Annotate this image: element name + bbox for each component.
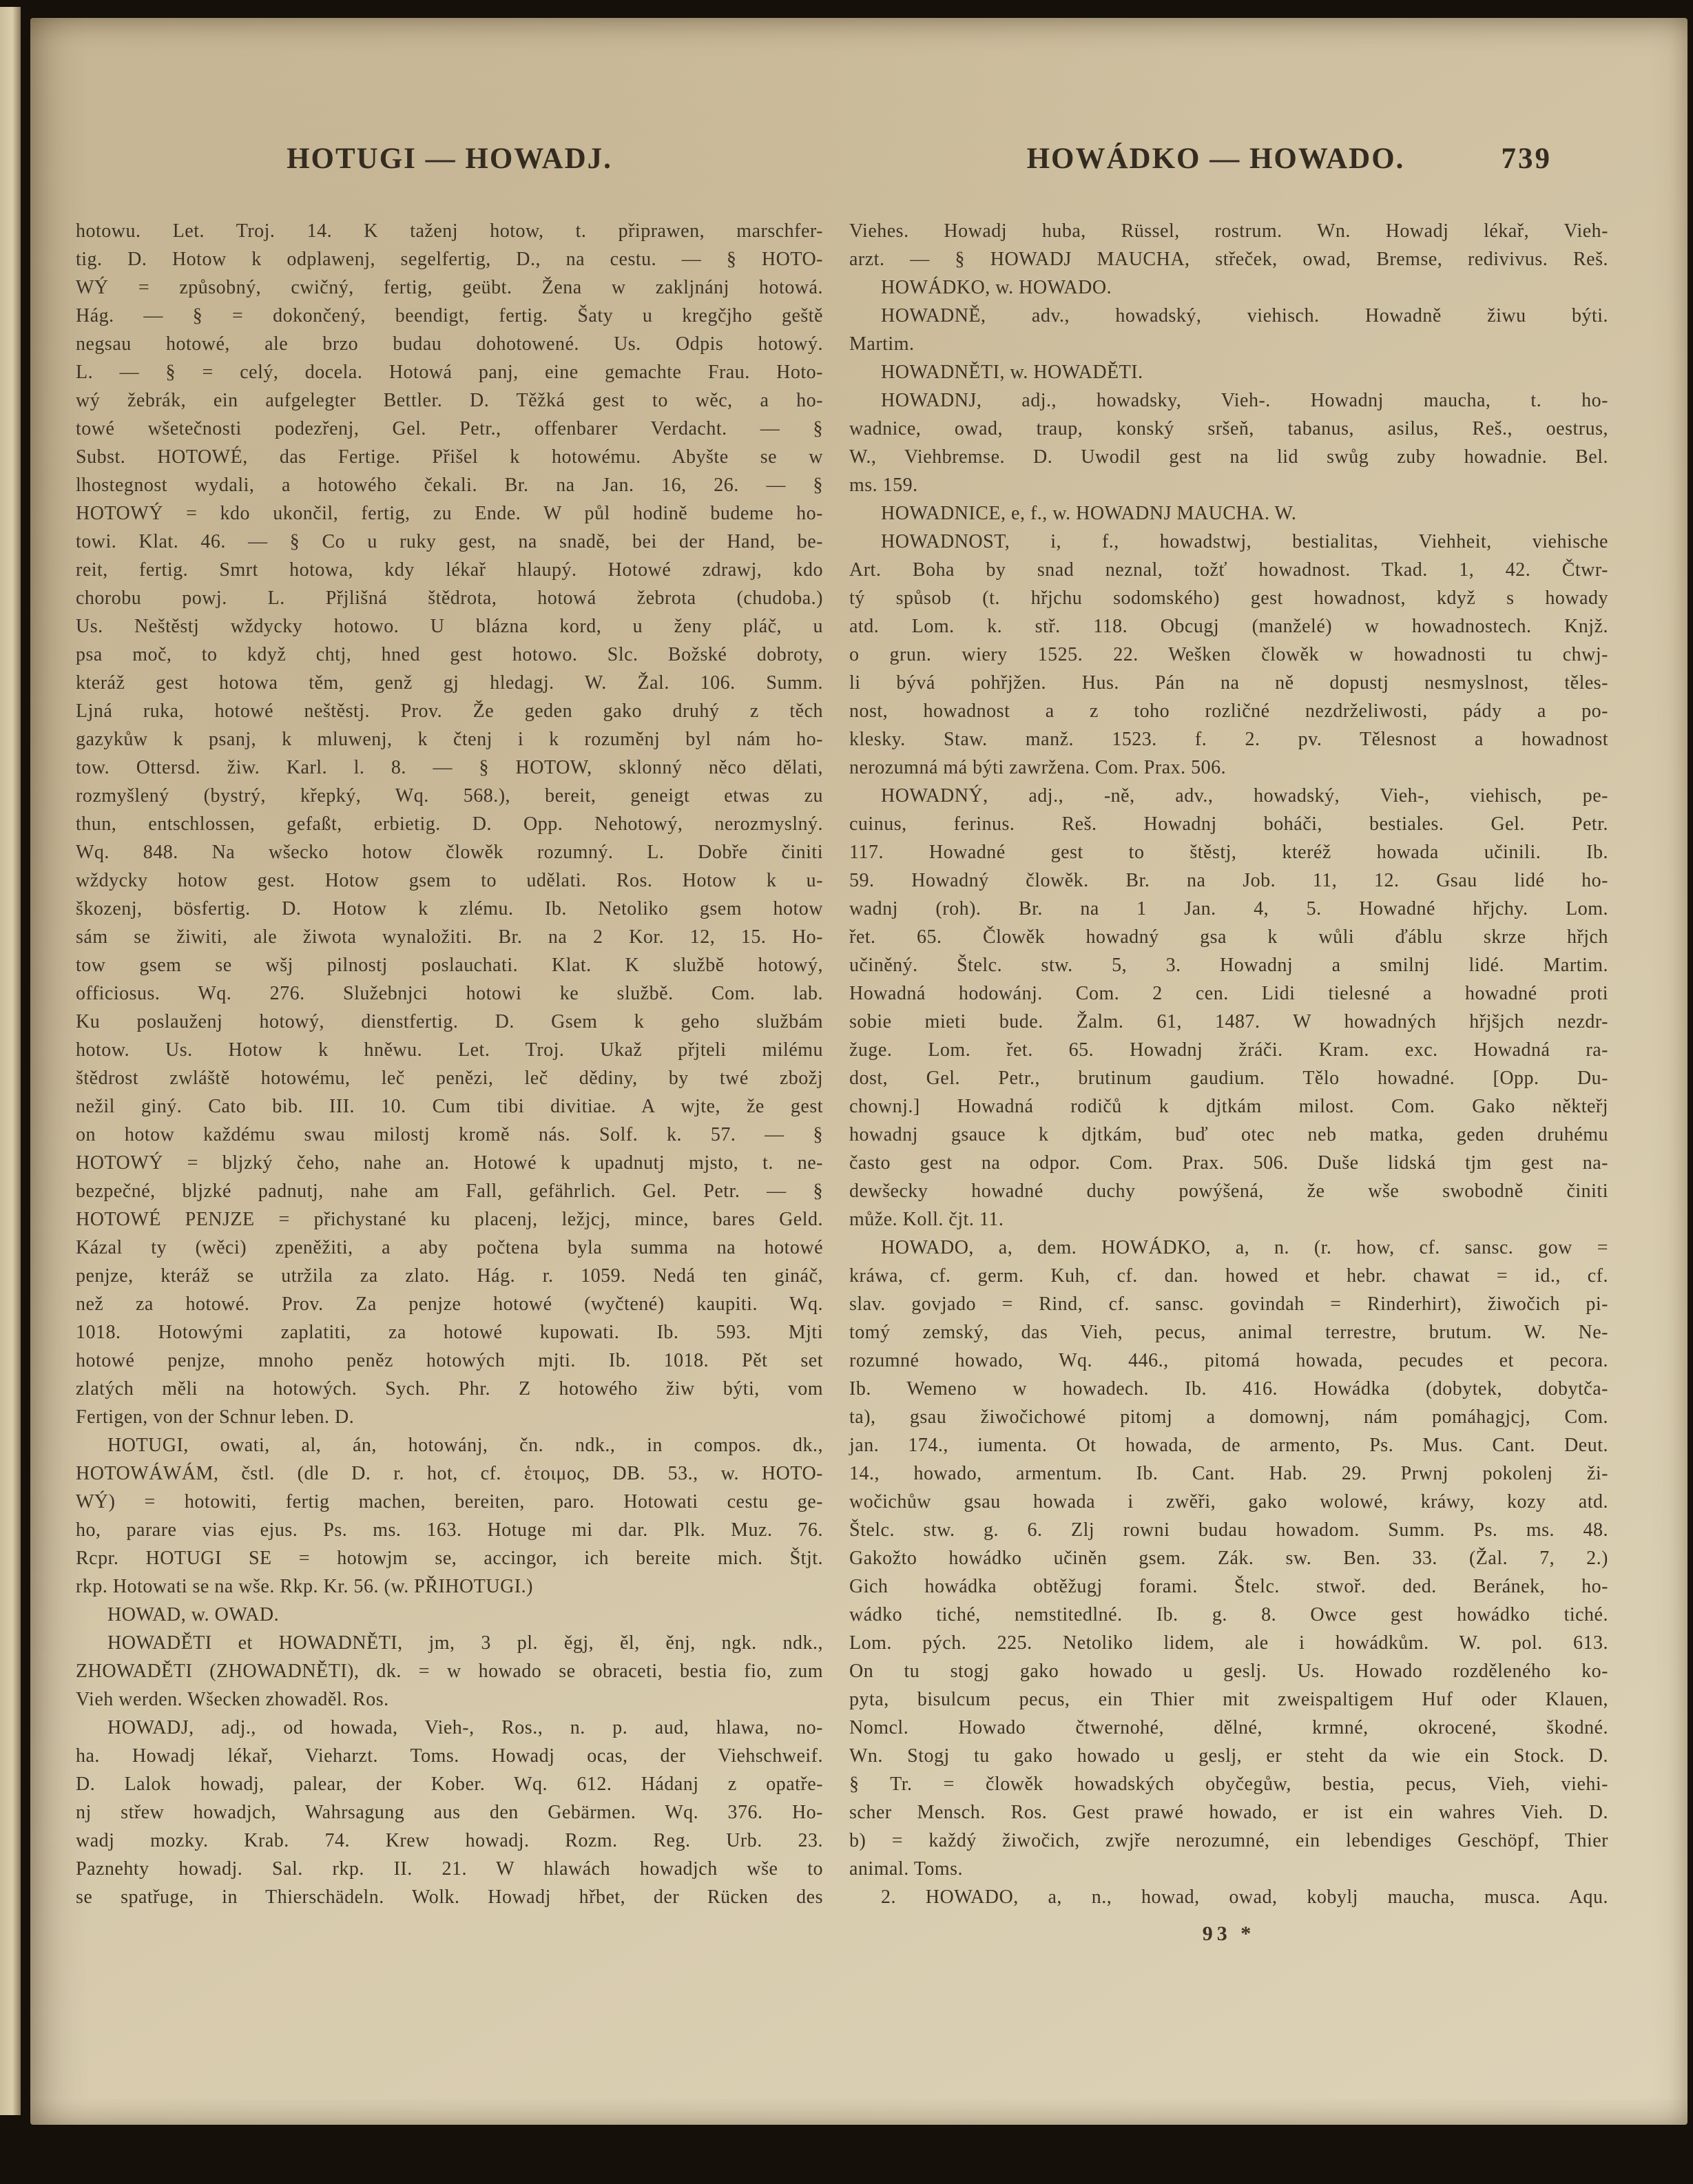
text-line: kteráž gest hotowa těm, genž gj hledagj.…: [76, 669, 823, 697]
running-headers: HOTUGI — HOWADJ. HOWÁDKO — HOWADO. 739: [76, 142, 1608, 176]
text-line: reit, fertig. Smrt hotowa, kdy lékař hla…: [76, 556, 823, 584]
text-line: sám se žiwiti, ale žiwota wynaložiti. Br…: [76, 923, 823, 951]
text-line: rozmyšlený (bystrý, křepký, Wq. 568.), b…: [76, 782, 823, 810]
text-line: WÝ = způsobný, cwičný, fertig, geübt. Že…: [76, 273, 823, 302]
text-line: wádko tiché, nemstitedlné. Ib. g. 8. Owc…: [849, 1601, 1608, 1629]
text-line: penjze, kteráž se utržila za zlato. Hág.…: [76, 1262, 823, 1290]
text-line: HOWADNJ, adj., howadsky, Vieh-. Howadnj …: [849, 386, 1608, 415]
text-block: hotowu. Let. Troj. 14. K taženj hotow, t…: [76, 217, 1608, 1948]
text-line: ZHOWADĚTI (ZHOWADNĚTI), dk. = w howado s…: [76, 1657, 823, 1685]
left-text-column: hotowu. Let. Troj. 14. K taženj hotow, t…: [76, 217, 823, 1948]
text-line: wadnice, owad, traup, konský sršeň, taba…: [849, 415, 1608, 443]
text-line: tig. D. Hotow k odplawenj, segelfertig, …: [76, 245, 823, 273]
text-line: ho, parare vias ejus. Ps. ms. 163. Hotug…: [76, 1516, 823, 1544]
text-line: HOWADNĚ, adv., howadský, viehisch. Howad…: [849, 302, 1608, 330]
left-column-header: HOTUGI — HOWADJ.: [76, 142, 823, 176]
right-column-header: HOWÁDKO — HOWADO.: [1027, 143, 1405, 175]
text-line: HOWAD, w. OWAD.: [76, 1601, 823, 1629]
text-line: tomý zemský, das Vieh, pecus, animal ter…: [849, 1318, 1608, 1346]
text-line: Subst. HOTOWÉ, das Fertige. Přišel k hot…: [76, 443, 823, 471]
text-line: b) = každý žiwočich, zwjře nerozumné, ei…: [849, 1827, 1608, 1855]
text-line: lhostegnost wydali, a hotowého čekali. B…: [76, 471, 823, 499]
text-line: 59. Howadný člowěk. Br. na Job. 11, 12. …: [849, 866, 1608, 895]
text-line: animal. Toms.: [849, 1855, 1608, 1883]
text-line: hotowu. Let. Troj. 14. K taženj hotow, t…: [76, 217, 823, 245]
text-line: thun, entschlossen, gefaßt, erbietig. D.…: [76, 810, 823, 838]
text-line: towé wšetečnosti podezřenj, Gel. Petr., …: [76, 415, 823, 443]
text-line: Wn. Stogj tu gako howado u geslj, er ste…: [849, 1742, 1608, 1770]
text-line: žuge. Lom. řet. 65. Howadnj žráči. Kram.…: [849, 1036, 1608, 1064]
text-line: gazykůw k psanj, k mluwenj, k čtenj i k …: [76, 725, 823, 753]
text-line: nost, howadnost a z toho rozličné nezdrž…: [849, 697, 1608, 725]
text-line: officiosus. Wq. 276. Služebnjci hotowi k…: [76, 979, 823, 1008]
text-line: Wq. 848. Na wšecko hotow člowěk rozumný.…: [76, 838, 823, 866]
text-line: § Tr. = člowěk howadských obyčegůw, best…: [849, 1770, 1608, 1798]
text-line: kráwa, cf. germ. Kuh, cf. dan. howed et …: [849, 1262, 1608, 1290]
text-line: nežil giný. Cato bib. III. 10. Cum tibi …: [76, 1092, 823, 1121]
text-line: atd. Lom. k. stř. 118. Obcugj (manželé) …: [849, 612, 1608, 641]
text-line: Kázal ty (wěci) zpeněžiti, a aby počtena…: [76, 1234, 823, 1262]
text-line: 2. HOWADO, a, n., howad, owad, kobylj ma…: [849, 1883, 1608, 1911]
text-line: on hotow každému swau milostj kromě nás.…: [76, 1121, 823, 1149]
text-line: se spatřuge, in Thierschädeln. Wolk. How…: [76, 1883, 823, 1911]
text-line: dost, Gel. Petr., brutinum gaudium. Tělo…: [849, 1064, 1608, 1092]
text-line: Gakožto howádko učiněn gsem. Zák. sw. Be…: [849, 1544, 1608, 1572]
text-line: scher Mensch. Ros. Gest prawé howado, er…: [849, 1798, 1608, 1827]
text-line: tow. Ottersd. žiw. Karl. l. 8. — § HOTOW…: [76, 753, 823, 782]
text-line: rozumné howado, Wq. 446., pitomá howada,…: [849, 1346, 1608, 1375]
text-line: Paznehty howadj. Sal. rkp. II. 21. W hla…: [76, 1855, 823, 1883]
text-line: hotow. Us. Hotow k hněwu. Let. Troj. Uka…: [76, 1036, 823, 1064]
text-line: HOTOWÁWÁM, čstl. (dle D. r. hot, cf. ἑτο…: [76, 1459, 823, 1488]
text-line: HOWÁDKO, w. HOWADO.: [849, 273, 1608, 302]
page-number: 739: [1502, 142, 1552, 176]
text-line: W., Viehbremse. D. Uwodil gest na lid sw…: [849, 443, 1608, 471]
text-line: často gest na odpor. Com. Prax. 506. Duš…: [849, 1149, 1608, 1177]
text-line: Us. Neštěstj wždycky hotowo. U blázna ko…: [76, 612, 823, 641]
text-line: wadnj (roh). Br. na 1 Jan. 4, 5. Howadné…: [849, 895, 1608, 923]
right-text-lines: Viehes. Howadj huba, Rüssel, rostrum. Wn…: [849, 217, 1608, 1911]
text-line: Vieh werden. Wšecken zhowaděl. Ros.: [76, 1685, 823, 1714]
text-line: Štelc. stw. g. 6. Zlj rowni budau howado…: [849, 1516, 1608, 1544]
text-line: psa moč, to když chtj, hned gest hotowo.…: [76, 641, 823, 669]
text-line: sobie mieti bude. Žalm. 61, 1487. W howa…: [849, 1008, 1608, 1036]
text-line: Martim.: [849, 330, 1608, 358]
signature-mark: 93 *: [849, 1920, 1608, 1948]
text-line: zlatých měli na hotowých. Sych. Phr. Z h…: [76, 1375, 823, 1403]
text-line: pyta, bisulcum pecus, ein Thier mit zwei…: [849, 1685, 1608, 1714]
text-line: On tu stogj gako howado u geslj. Us. How…: [849, 1657, 1608, 1685]
text-line: Howadná hodowánj. Com. 2 cen. Lidi tiele…: [849, 979, 1608, 1008]
text-line: towi. Klat. 46. — § Co u ruky gest, na s…: [76, 528, 823, 556]
text-line: o grun. wiery 1525. 22. Wešken člowěk w …: [849, 641, 1608, 669]
text-line: HOTUGI, owati, al, án, hotowánj, čn. ndk…: [76, 1431, 823, 1459]
text-line: chownj.] Howadná rodičů k djtkám milost.…: [849, 1092, 1608, 1121]
text-line: arzt. — § HOWADJ MAUCHA, střeček, owad, …: [849, 245, 1608, 273]
text-line: rkp. Hotowati se na wše. Rkp. Kr. 56. (w…: [76, 1572, 823, 1601]
text-line: HOTOWÉ PENJZE = přichystané ku placenj, …: [76, 1205, 823, 1234]
text-line: HOWADNÝ, adj., -ně, adv., howadský, Vieh…: [849, 782, 1608, 810]
text-line: tow gsem se wšj pilnostj poslauchati. Kl…: [76, 951, 823, 979]
text-line: Fertigen, von der Schnur leben. D.: [76, 1403, 823, 1431]
text-line: Ljná ruka, hotowé neštěstj. Prov. Že ged…: [76, 697, 823, 725]
text-line: jan. 174., iumenta. Ot howada, de arment…: [849, 1431, 1608, 1459]
text-line: Lom. pých. 225. Netoliko lidem, ale i ho…: [849, 1629, 1608, 1657]
text-line: ms. 159.: [849, 471, 1608, 499]
text-line: Gich howádka obtěžugj forami. Štelc. stw…: [849, 1572, 1608, 1601]
adjacent-page-edge: [0, 7, 21, 2115]
text-line: negsau hotowé, ale brzo budau dohotowené…: [76, 330, 823, 358]
text-line: wočichůw gsau howada i zwěři, gako wolow…: [849, 1488, 1608, 1516]
text-line: může. Koll. čjt. 11.: [849, 1205, 1608, 1234]
dictionary-page: HOTUGI — HOWADJ. HOWÁDKO — HOWADO. 739 h…: [30, 18, 1687, 2125]
text-line: D. Lalok howadj, palear, der Kober. Wq. …: [76, 1770, 823, 1798]
text-line: WÝ) = hotowiti, fertig machen, bereiten,…: [76, 1488, 823, 1516]
text-line: wždycky hotow gest. Hotow gsem to udělat…: [76, 866, 823, 895]
text-line: Viehes. Howadj huba, Rüssel, rostrum. Wn…: [849, 217, 1608, 245]
text-line: howadnj gsauce k djtkám, buď otec neb ma…: [849, 1121, 1608, 1149]
text-line: tý spůsob (t. hřjchu sodomského) gest ho…: [849, 584, 1608, 612]
text-line: ha. Howadj lékař, Vieharzt. Toms. Howadj…: [76, 1742, 823, 1770]
text-line: klesky. Staw. manž. 1523. f. 2. pv. Těle…: [849, 725, 1608, 753]
text-line: 1018. Hotowými zaplatiti, za hotowé kupo…: [76, 1318, 823, 1346]
text-line: HOWADO, a, dem. HOWÁDKO, a, n. (r. how, …: [849, 1234, 1608, 1262]
text-line: škozenj, bösfertig. D. Hotow k zlému. Ib…: [76, 895, 823, 923]
text-line: HOWADĚTI et HOWADNĚTI, jm, 3 pl. ěgj, ěl…: [76, 1629, 823, 1657]
text-line: chorobu powj. L. Přjlišná štědrota, hoto…: [76, 584, 823, 612]
text-line: HOTOWÝ = bljzký čeho, nahe an. Hotowé k …: [76, 1149, 823, 1177]
text-line: Nomcl. Howado čtwernohé, dělné, krmné, o…: [849, 1714, 1608, 1742]
text-line: HOWADNOST, i, f., howadstwj, bestialitas…: [849, 528, 1608, 556]
text-line: než za hotowé. Prov. Za penjze hotowé (w…: [76, 1290, 823, 1318]
text-line: Art. Boha by snad neznal, tožť howadnost…: [849, 556, 1608, 584]
right-text-column: Viehes. Howadj huba, Rüssel, rostrum. Wn…: [849, 217, 1608, 1948]
text-line: wadj mozky. Krab. 74. Krew howadj. Rozm.…: [76, 1827, 823, 1855]
text-line: ta), gsau žiwočichowé pitomj a domownj, …: [849, 1403, 1608, 1431]
text-line: wý žebrák, ein aufgelegter Bettler. D. T…: [76, 386, 823, 415]
text-line: HOWADNICE, e, f., w. HOWADNJ MAUCHA. W.: [849, 499, 1608, 528]
text-line: bezpečné, bljzké padnutj, nahe am Fall, …: [76, 1177, 823, 1205]
text-line: hotowé penjze, mnoho peněz hotowých mjti…: [76, 1346, 823, 1375]
text-line: Rcpr. HOTUGI SE = hotowjm se, accingor, …: [76, 1544, 823, 1572]
text-line: 117. Howadné gest to štěstj, kteréž howa…: [849, 838, 1608, 866]
text-line: HOTOWÝ = kdo ukončil, fertig, zu Ende. W…: [76, 499, 823, 528]
text-line: Ku poslauženj hotowý, dienstfertig. D. G…: [76, 1008, 823, 1036]
text-line: Hág. — § = dokončený, beendigt, fertig. …: [76, 302, 823, 330]
text-line: řet. 65. Člowěk howadný gsa k wůli ďáblu…: [849, 923, 1608, 951]
text-line: slav. govjado = Rind, cf. sansc. govinda…: [849, 1290, 1608, 1318]
text-line: HOWADNĚTI, w. HOWADĚTI.: [849, 358, 1608, 386]
text-line: učiněný. Štelc. stw. 5, 3. Howadnj a smi…: [849, 951, 1608, 979]
right-column-header-wrap: HOWÁDKO — HOWADO. 739: [823, 142, 1608, 176]
text-line: cuinus, ferinus. Reš. Howadnj boháči, be…: [849, 810, 1608, 838]
text-line: nerozumná má býti zawržena. Com. Prax. 5…: [849, 753, 1608, 782]
text-line: L. — § = celý, docela. Hotowá panj, eine…: [76, 358, 823, 386]
text-line: štědrost zwláště hotowému, leč penězi, l…: [76, 1064, 823, 1092]
text-line: dewšecky howadné duchy powýšená, že wše …: [849, 1177, 1608, 1205]
text-line: li bývá pohřjžen. Hus. Pán na ně dopustj…: [849, 669, 1608, 697]
text-line: Ib. Wemeno w howadech. Ib. 416. Howádka …: [849, 1375, 1608, 1403]
text-line: HOWADJ, adj., od howada, Vieh-, Ros., n.…: [76, 1714, 823, 1742]
text-line: nj střew howadjch, Wahrsagung aus den Ge…: [76, 1798, 823, 1827]
text-line: 14., howado, armentum. Ib. Cant. Hab. 29…: [849, 1459, 1608, 1488]
